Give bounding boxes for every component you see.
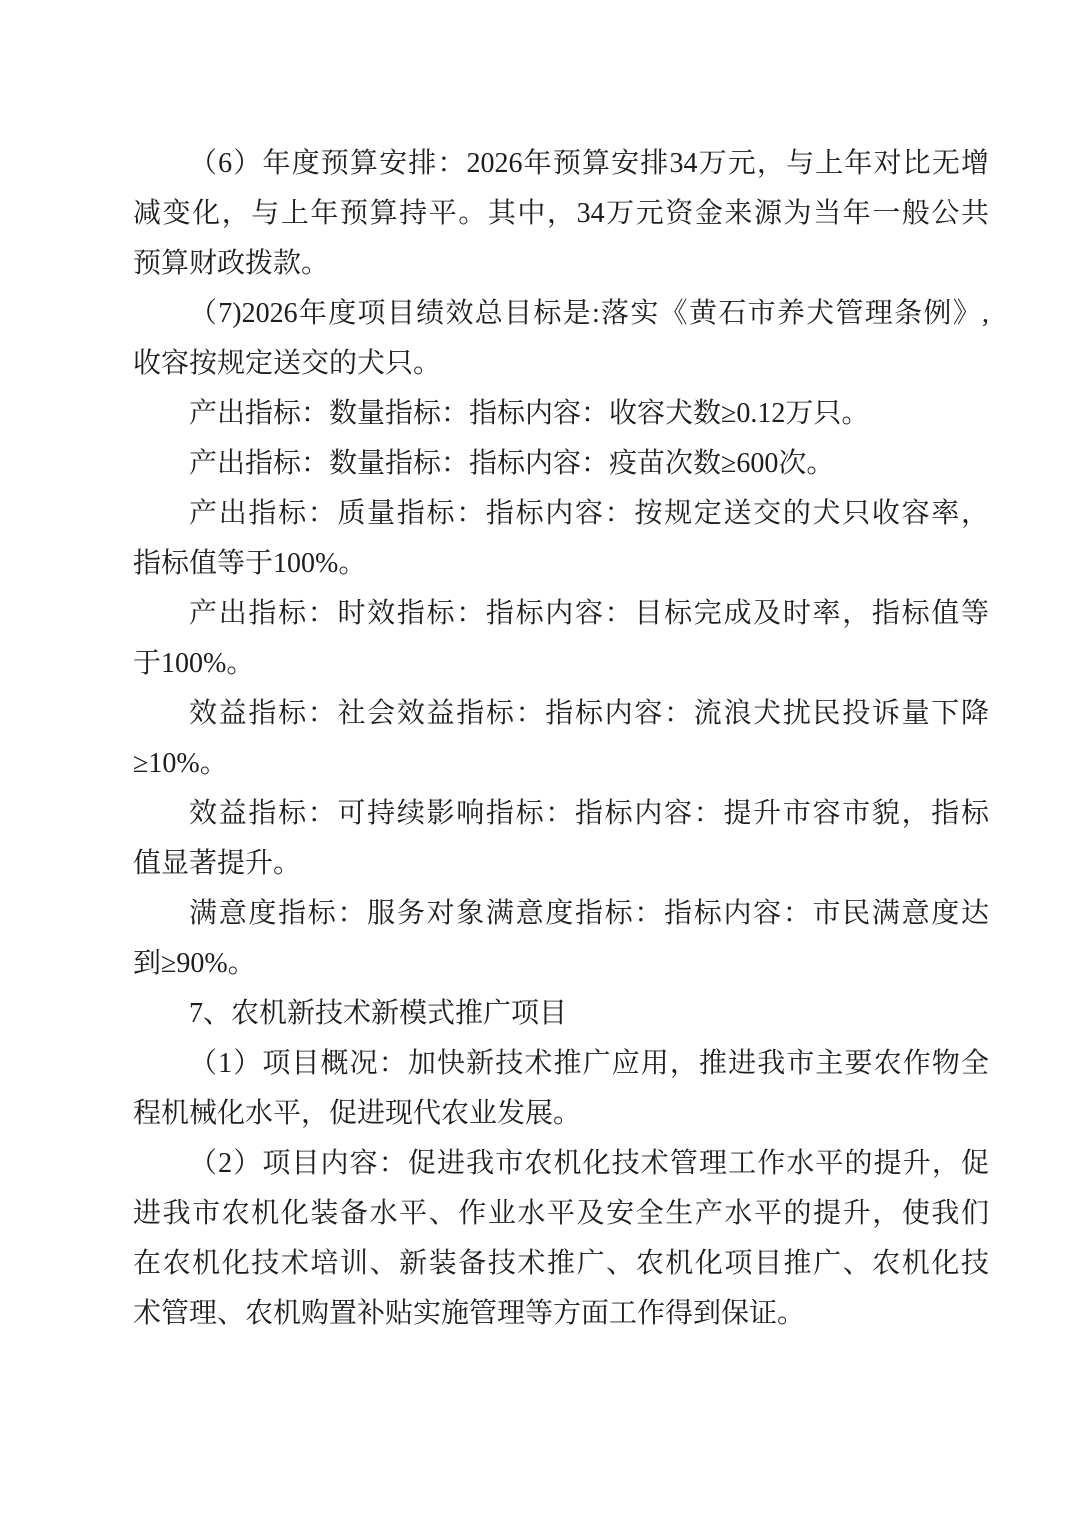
text-block: （6）年度预算安排：2026年预算安排34万元，与上年对比无增减变化，与上年预算…	[133, 139, 989, 1339]
text-line: ≥10%。	[133, 739, 989, 789]
para-7-performance-goal: （7)2026年度项目绩效总目标是:落实《黄石市养犬管理条例》,收容按规定送交的…	[133, 289, 989, 389]
text-line: 满意度指标：服务对象满意度指标：指标内容：市民满意度达	[133, 889, 989, 939]
heading-item-7-agri-machinery-project: 7、农机新技术新模式推广项目	[133, 989, 989, 1039]
para-1-project-overview: （1）项目概况：加快新技术推广应用，推进我市主要农作物全程机械化水平，促进现代农…	[133, 1039, 989, 1139]
text-line: （6）年度预算安排：2026年预算安排34万元，与上年对比无增	[133, 139, 989, 189]
document-page: （6）年度预算安排：2026年预算安排34万元，与上年对比无增减变化，与上年预算…	[0, 0, 1074, 1520]
text-line: 进我市农机化装备水平、作业水平及安全生产水平的提升，使我们	[133, 1189, 989, 1239]
text-line: 产出指标：时效指标：指标内容：目标完成及时率，指标值等	[133, 589, 989, 639]
indicator-benefit-social: 效益指标：社会效益指标：指标内容：流浪犬扰民投诉量下降≥10%。	[133, 689, 989, 789]
indicator-output-quality: 产出指标：质量指标：指标内容：按规定送交的犬只收容率，指标值等于100%。	[133, 489, 989, 589]
indicator-output-quantity-dogs: 产出指标：数量指标：指标内容：收容犬数≥0.12万只。	[133, 389, 989, 439]
text-line: 产出指标：数量指标：指标内容：疫苗次数≥600次。	[133, 439, 989, 489]
indicator-output-timeliness: 产出指标：时效指标：指标内容：目标完成及时率，指标值等于100%。	[133, 589, 989, 689]
para-6-annual-budget: （6）年度预算安排：2026年预算安排34万元，与上年对比无增减变化，与上年预算…	[133, 139, 989, 289]
text-line: 术管理、农机购置补贴实施管理等方面工作得到保证。	[133, 1289, 989, 1339]
text-line: 在农机化技术培训、新装备技术推广、农机化项目推广、农机化技	[133, 1239, 989, 1289]
text-line: 预算财政拨款。	[133, 239, 989, 289]
text-line: 7、农机新技术新模式推广项目	[133, 989, 989, 1039]
text-line: 于100%。	[133, 639, 989, 689]
para-2-project-content: （2）项目内容：促进我市农机化技术管理工作水平的提升，促进我市农机化装备水平、作…	[133, 1139, 989, 1339]
text-line: 收容按规定送交的犬只。	[133, 339, 989, 389]
text-line: 产出指标：数量指标：指标内容：收容犬数≥0.12万只。	[133, 389, 989, 439]
text-line: （2）项目内容：促进我市农机化技术管理工作水平的提升，促	[133, 1139, 989, 1189]
text-line: 值显著提升。	[133, 839, 989, 889]
text-line: 效益指标：社会效益指标：指标内容：流浪犬扰民投诉量下降	[133, 689, 989, 739]
text-line: 到≥90%。	[133, 939, 989, 989]
text-line: （7)2026年度项目绩效总目标是:落实《黄石市养犬管理条例》,	[133, 289, 989, 339]
text-line: 效益指标：可持续影响指标：指标内容：提升市容市貌，指标	[133, 789, 989, 839]
indicator-satisfaction: 满意度指标：服务对象满意度指标：指标内容：市民满意度达到≥90%。	[133, 889, 989, 989]
indicator-benefit-sustainability: 效益指标：可持续影响指标：指标内容：提升市容市貌，指标值显著提升。	[133, 789, 989, 889]
indicator-output-quantity-vaccine: 产出指标：数量指标：指标内容：疫苗次数≥600次。	[133, 439, 989, 489]
text-line: 指标值等于100%。	[133, 539, 989, 589]
text-line: 减变化，与上年预算持平。其中，34万元资金来源为当年一般公共	[133, 189, 989, 239]
text-line: （1）项目概况：加快新技术推广应用，推进我市主要农作物全	[133, 1039, 989, 1089]
text-line: 产出指标：质量指标：指标内容：按规定送交的犬只收容率，	[133, 489, 989, 539]
text-line: 程机械化水平，促进现代农业发展。	[133, 1089, 989, 1139]
